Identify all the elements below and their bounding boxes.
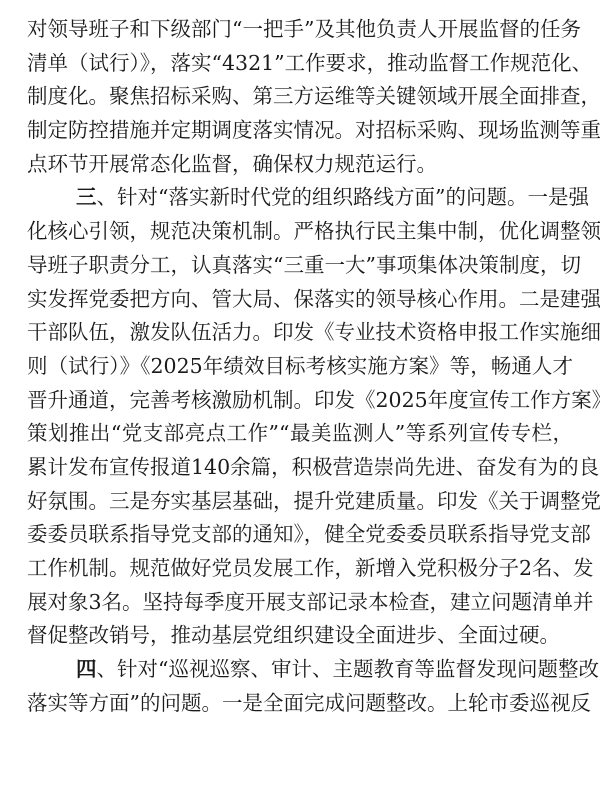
text-line: 好氛围。三是夯实基层基础，提升党建质量。印发《关于调整党 (27, 485, 573, 519)
text-line: 实发挥党委把方向、管大局、保落实的领导核心作用。二是建强 (27, 283, 573, 317)
text-line: 制定防控措施并定期调度落实情况。对招标采购、现场监测等重 (27, 114, 573, 148)
text-line: 对领导班子和下级部门“一把手”及其他负责人开展监督的任务 (27, 13, 573, 47)
text-line: 化核心引领，规范决策机制。严格执行民主集中制，优化调整领 (27, 215, 573, 249)
text-line: 导班子职责分工，认真落实“三重一大”事项集体决策制度，切 (27, 249, 573, 283)
text-line: 则（试行）》《2025年绩效目标考核实施方案》等，畅通人才 (27, 350, 573, 384)
text-line: 干部队伍，激发队伍活力。印发《专业技术资格申报工作实施细 (27, 316, 573, 350)
text-line: 晋升通道，完善考核激励机制。印发《2025年度宣传工作方案》， (27, 384, 573, 418)
text-line: 策划推出“党支部亮点工作”“最美监测人”等系列宣传专栏， (27, 417, 573, 451)
text-line: 、针对“落实新时代党的组织路线方面”的问题。一是强 (97, 185, 589, 209)
text-line: 工作机制。规范做好党员发展工作，新增入党积极分子2名、发 (27, 552, 573, 586)
text-line: 累计发布宣传报道140余篇，积极营造崇尚先进、奋发有为的良 (27, 451, 573, 485)
text-line: 、针对“巡视巡察、审计、主题教育等监督发现问题整改 (97, 657, 599, 681)
paragraph-section-4: 四、针对“巡视巡察、审计、主题教育等监督发现问题整改 落实等方面”的问题。一是全… (27, 653, 573, 720)
text-line: 督促整改销号，推动基层党组织建设全面进步、全面过硬。 (27, 619, 573, 653)
text-line: 制度化。聚焦招标采购、第三方运维等关键领域开展全面排查， (27, 80, 573, 114)
text-line: 点环节开展常态化监督，确保权力规范运行。 (27, 148, 573, 182)
paragraph-section-3: 三、针对“落实新时代党的组织路线方面”的问题。一是强 化核心引领，规范决策机制。… (27, 181, 573, 653)
text-line: 展对象3名。坚持每季度开展支部记录本检查，建立问题清单并 (27, 586, 573, 620)
section-heading-line: 三、针对“落实新时代党的组织路线方面”的问题。一是强 (27, 181, 573, 215)
section-number-4: 四 (76, 657, 97, 681)
text-line: 清单（试行）》，落实“4321”工作要求，推动监督工作规范化、 (27, 47, 573, 81)
text-line: 委委员联系指导党支部的通知》，健全党委委员联系指导党支部 (27, 518, 573, 552)
section-number-3: 三 (76, 185, 97, 209)
text-line: 落实等方面”的问题。一是全面完成问题整改。上轮市委巡视反 (27, 687, 573, 721)
paragraph-continued: 对领导班子和下级部门“一把手”及其他负责人开展监督的任务 清单（试行）》，落实“… (27, 13, 573, 181)
document-page: 对领导班子和下级部门“一把手”及其他负责人开展监督的任务 清单（试行）》，落实“… (27, 13, 573, 720)
section-heading-line: 四、针对“巡视巡察、审计、主题教育等监督发现问题整改 (27, 653, 573, 687)
